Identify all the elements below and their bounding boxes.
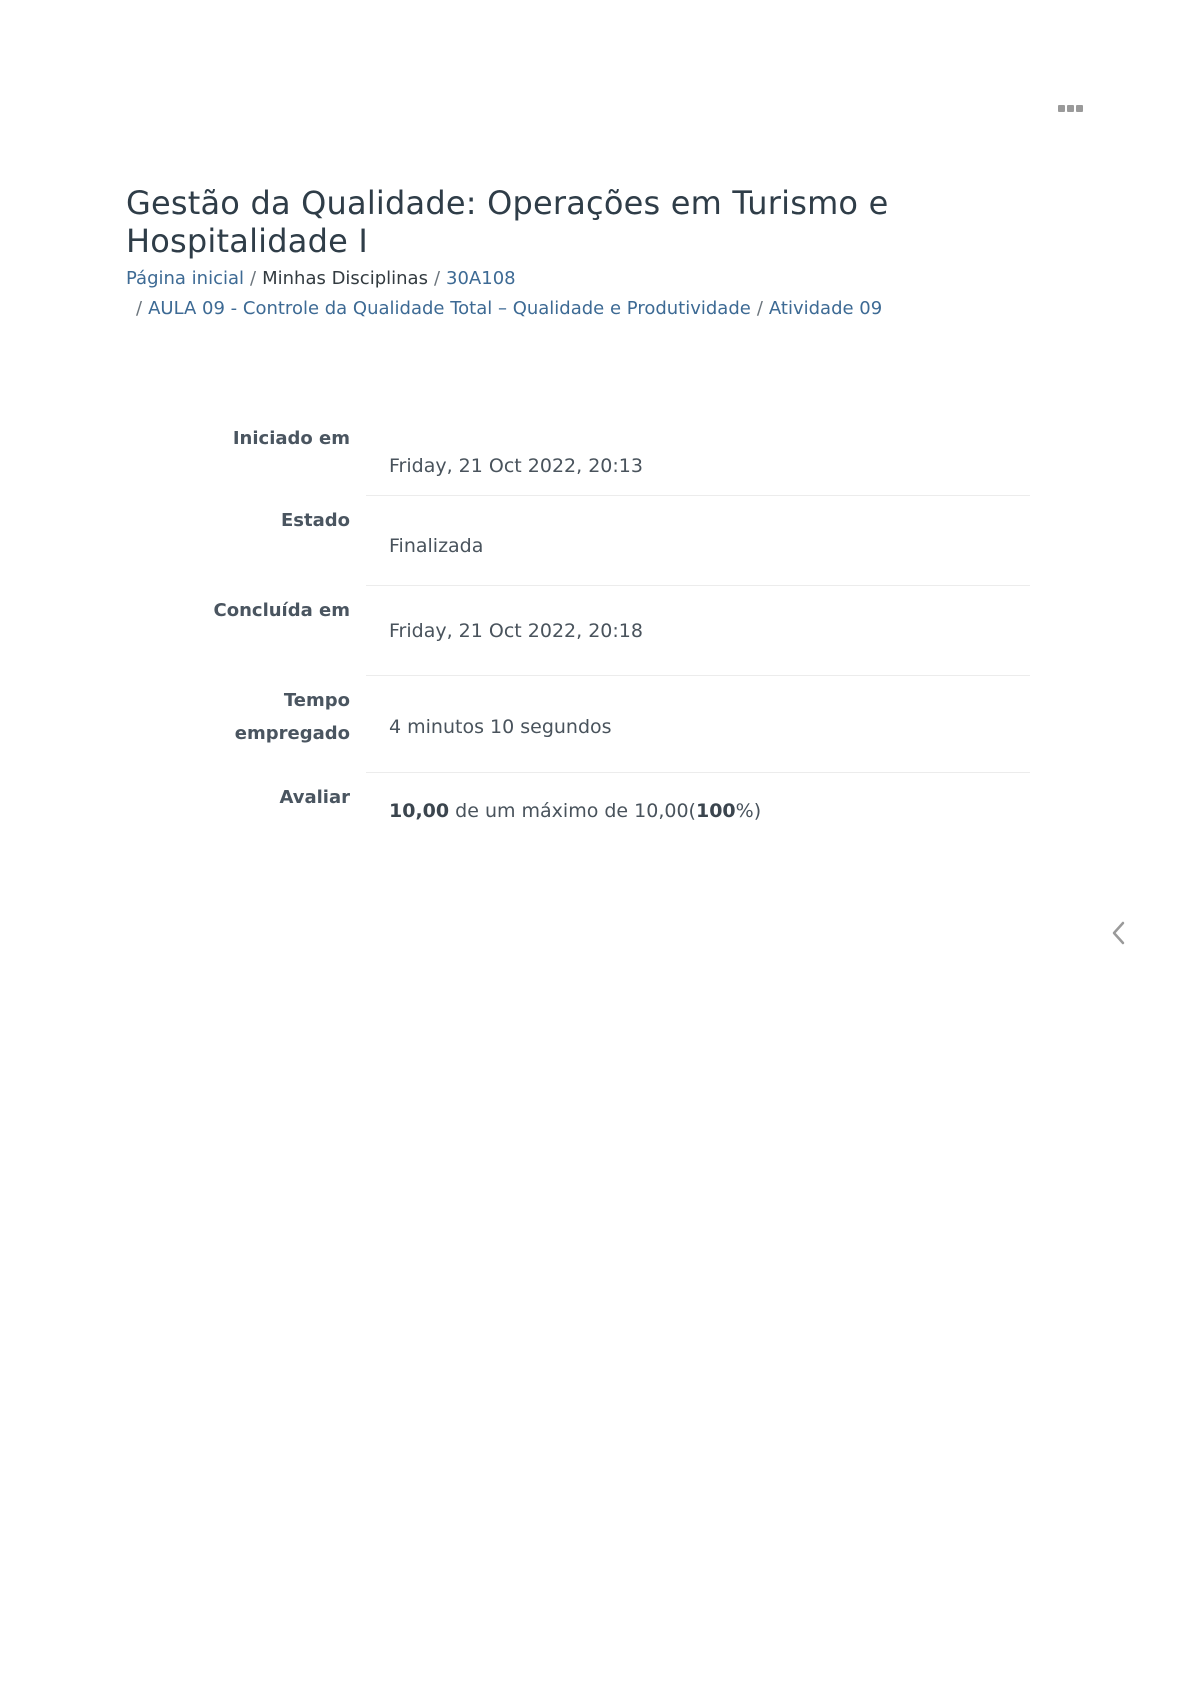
breadcrumb-section[interactable]: AULA 09 - Controle da Qualidade Total – … <box>148 298 751 319</box>
row-value: 4 minutos 10 segundos <box>366 676 1030 773</box>
row-label: Tempo empregado <box>160 676 366 773</box>
breadcrumb-activity[interactable]: Atividade 09 <box>769 298 882 319</box>
drawer-toggle-button[interactable] <box>1108 918 1130 948</box>
ellipsis-icon <box>1058 105 1065 112</box>
ellipsis-icon <box>1067 105 1074 112</box>
row-value: Friday, 21 Oct 2022, 20:18 <box>366 586 1030 676</box>
grade-value: 10,00 de um máximo de 10,00(100%) <box>366 773 1030 833</box>
breadcrumb: Página inicial/Minhas Disciplinas/30A108… <box>126 264 1026 324</box>
grade-score: 10,00 <box>389 800 449 822</box>
row-label-line1: Tempo <box>284 690 350 711</box>
grade-percent-suffix: %) <box>736 800 761 822</box>
row-value: Finalizada <box>366 496 1030 586</box>
row-label-line2: empregado <box>235 723 350 744</box>
row-label: Concluída em <box>160 586 366 676</box>
row-label: Avaliar <box>160 773 366 833</box>
page-header: Gestão da Qualidade: Operações em Turism… <box>126 184 1026 324</box>
summary-row-state: Estado Finalizada <box>160 496 1030 586</box>
breadcrumb-separator: / <box>751 298 769 319</box>
grade-text: de um máximo de 10,00( <box>449 800 696 822</box>
row-label: Iniciado em <box>160 414 366 496</box>
summary-row-completed: Concluída em Friday, 21 Oct 2022, 20:18 <box>160 586 1030 676</box>
attempt-summary-table: Iniciado em Friday, 21 Oct 2022, 20:13 E… <box>160 414 1030 833</box>
breadcrumb-separator: / <box>130 298 148 319</box>
row-label: Estado <box>160 496 366 586</box>
summary-row-time-taken: Tempo empregado 4 minutos 10 segundos <box>160 676 1030 773</box>
grade-percent: 100 <box>696 800 736 822</box>
breadcrumb-course[interactable]: 30A108 <box>446 268 516 289</box>
chevron-left-icon <box>1108 918 1130 948</box>
breadcrumb-separator: / <box>244 268 262 289</box>
page-title: Gestão da Qualidade: Operações em Turism… <box>126 184 946 260</box>
more-actions-button[interactable] <box>1058 102 1084 114</box>
breadcrumb-my-courses: Minhas Disciplinas <box>262 268 428 289</box>
summary-row-started: Iniciado em Friday, 21 Oct 2022, 20:13 <box>160 414 1030 496</box>
ellipsis-icon <box>1076 105 1083 112</box>
summary-row-grade: Avaliar 10,00 de um máximo de 10,00(100%… <box>160 773 1030 833</box>
row-value: Friday, 21 Oct 2022, 20:13 <box>366 414 1030 496</box>
breadcrumb-separator: / <box>428 268 446 289</box>
breadcrumb-home[interactable]: Página inicial <box>126 268 244 289</box>
